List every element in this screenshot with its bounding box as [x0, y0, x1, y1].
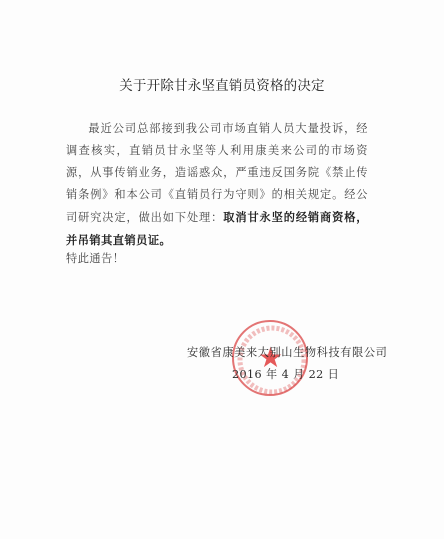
document-body: 最近公司总部接到我公司市场直销人员大量投诉，经调查核实，直销员甘永坚等人利用康美… — [66, 118, 368, 252]
signature-company: 安徽省康美来大别山生物科技有限公司 — [187, 344, 387, 360]
body-text-normal: 最近公司总部接到我公司市场直销人员大量投诉，经调查核实，直销员甘永坚等人利用康美… — [66, 122, 368, 224]
notice-text: 特此通告！ — [66, 250, 124, 266]
document-title: 关于开除甘永坚直销员资格的决定 — [0, 74, 444, 94]
signature-date: 2016 年 4 月 22 日 — [232, 366, 339, 382]
body-paragraph: 最近公司总部接到我公司市场直销人员大量投诉，经调查核实，直销员甘永坚等人利用康美… — [66, 118, 368, 252]
